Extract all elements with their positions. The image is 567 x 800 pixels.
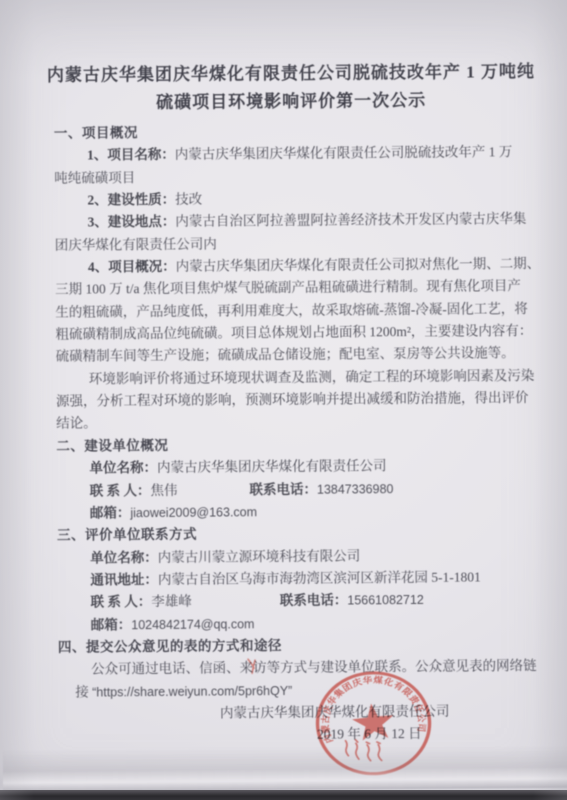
spacer [177, 494, 249, 495]
evaluator-phone-value: 15661082712 [347, 593, 424, 608]
evaluator-address-label: 通讯地址： [90, 572, 158, 588]
env-assess-line2: 源强，分析工程对环境的影响，预测环境影响并提出减缓和防治措施，得出评价 [56, 387, 523, 413]
feedback-line2-prefix: 接 [75, 684, 89, 699]
evaluator-phone-label: 联系电话： [280, 593, 348, 609]
red-ink-mark [244, 656, 262, 676]
document-scan: 内蒙古庆华集团庆华煤化有限责任公司脱硫技改年产 1 万吨纯 硫磺项目环境影响评价… [0, 0, 567, 800]
project-name-text: 内蒙古庆华集团庆华煤化有限责任公司脱硫技改年产 1 万 [175, 145, 513, 163]
builder-email-value: jiaowei2009@163.com [130, 505, 257, 520]
paper-fold-shadow [3, 746, 567, 792]
project-overview-cont1: 三期 100 万 t/a 焦化项目焦炉煤气脱硫副产品粗硫磺进行精制。现有焦化项目… [55, 276, 522, 302]
public-opinion-url: “https://share.weiyun.com/5pr6hQY” [92, 684, 292, 700]
evaluator-contact-value: 李雄峰 [151, 594, 192, 609]
feedback-line1: 公众可通过电话、信函、来访等方式与建设单位联系。公众意见表的网络链 [58, 655, 525, 681]
builder-company-label: 单位名称： [89, 460, 157, 476]
evaluator-company-value: 内蒙古川蒙立源环境科技有限公司 [158, 548, 361, 565]
spacer [192, 605, 280, 606]
builder-phone-value: 13847336980 [317, 482, 394, 497]
document-title: 内蒙古庆华集团庆华煤化有限责任公司脱硫技改年产 1 万吨纯 硫磺项目环境影响评价… [7, 58, 567, 118]
construction-site-text: 内蒙古自治区阿拉善盟阿拉善经济技术开发区内蒙古庆华集 [175, 211, 526, 229]
evaluator-address-line: 通讯地址：内蒙古自治区乌海市海勃湾区滨河区新洋花园 5-1-1801 [57, 566, 524, 592]
builder-contact-label: 联 系 人： [90, 483, 151, 498]
document-title-line1: 内蒙古庆华集团庆华煤化有限责任公司脱硫技改年产 1 万吨纯 [7, 58, 567, 90]
project-name-line: 1、项目名称：内蒙古庆华集团庆华煤化有限责任公司脱硫技改年产 1 万 [54, 141, 521, 167]
evaluator-address-value: 内蒙古自治区乌海市海勃湾区滨河区新洋花园 5-1-1801 [158, 569, 481, 587]
builder-contact-value: 焦伟 [150, 482, 177, 497]
evaluator-email-label: 邮箱： [91, 617, 132, 632]
construction-site-line: 3、建设地点：内蒙古自治区阿拉善盟阿拉善经济技术开发区内蒙古庆华集 [55, 208, 522, 234]
construction-nature-label: 2、建设性质： [87, 192, 175, 208]
evaluator-company-label: 单位名称： [90, 550, 158, 566]
photo-bottom-edge [0, 790, 567, 800]
builder-phone-label: 联系电话： [249, 481, 317, 497]
signature-date: 2019 年 6 月 12 日 [59, 722, 526, 748]
construction-site-label: 3、建设地点： [88, 214, 176, 230]
builder-company-value: 内蒙古庆华集团庆华煤化有限责任公司 [157, 458, 387, 475]
evaluator-contact-label: 联 系 人： [91, 594, 152, 609]
evaluator-email-value: 1024842174@qq.com [131, 617, 254, 632]
construction-nature-text: 技改 [175, 192, 202, 207]
builder-email-label: 邮箱： [90, 505, 131, 520]
document-title-line2: 硫磺项目环境影响评价第一次公示 [8, 86, 567, 118]
project-overview-label: 4、项目概况： [88, 259, 176, 275]
document-body: 一、项目概况 1、项目名称：内蒙古庆华集团庆华煤化有限责任公司脱硫技改年产 1 … [0, 119, 567, 749]
scanned-document-page: 内蒙古庆华集团庆华煤化有限责任公司脱硫技改年产 1 万吨纯 硫磺项目环境影响评价… [0, 0, 567, 800]
project-name-label: 1、项目名称： [87, 147, 175, 163]
seal-star-icon [350, 702, 396, 742]
project-overview-text: 内蒙古庆华集团庆华煤化有限责任公司拟对焦化一期、二期、 [176, 256, 541, 274]
